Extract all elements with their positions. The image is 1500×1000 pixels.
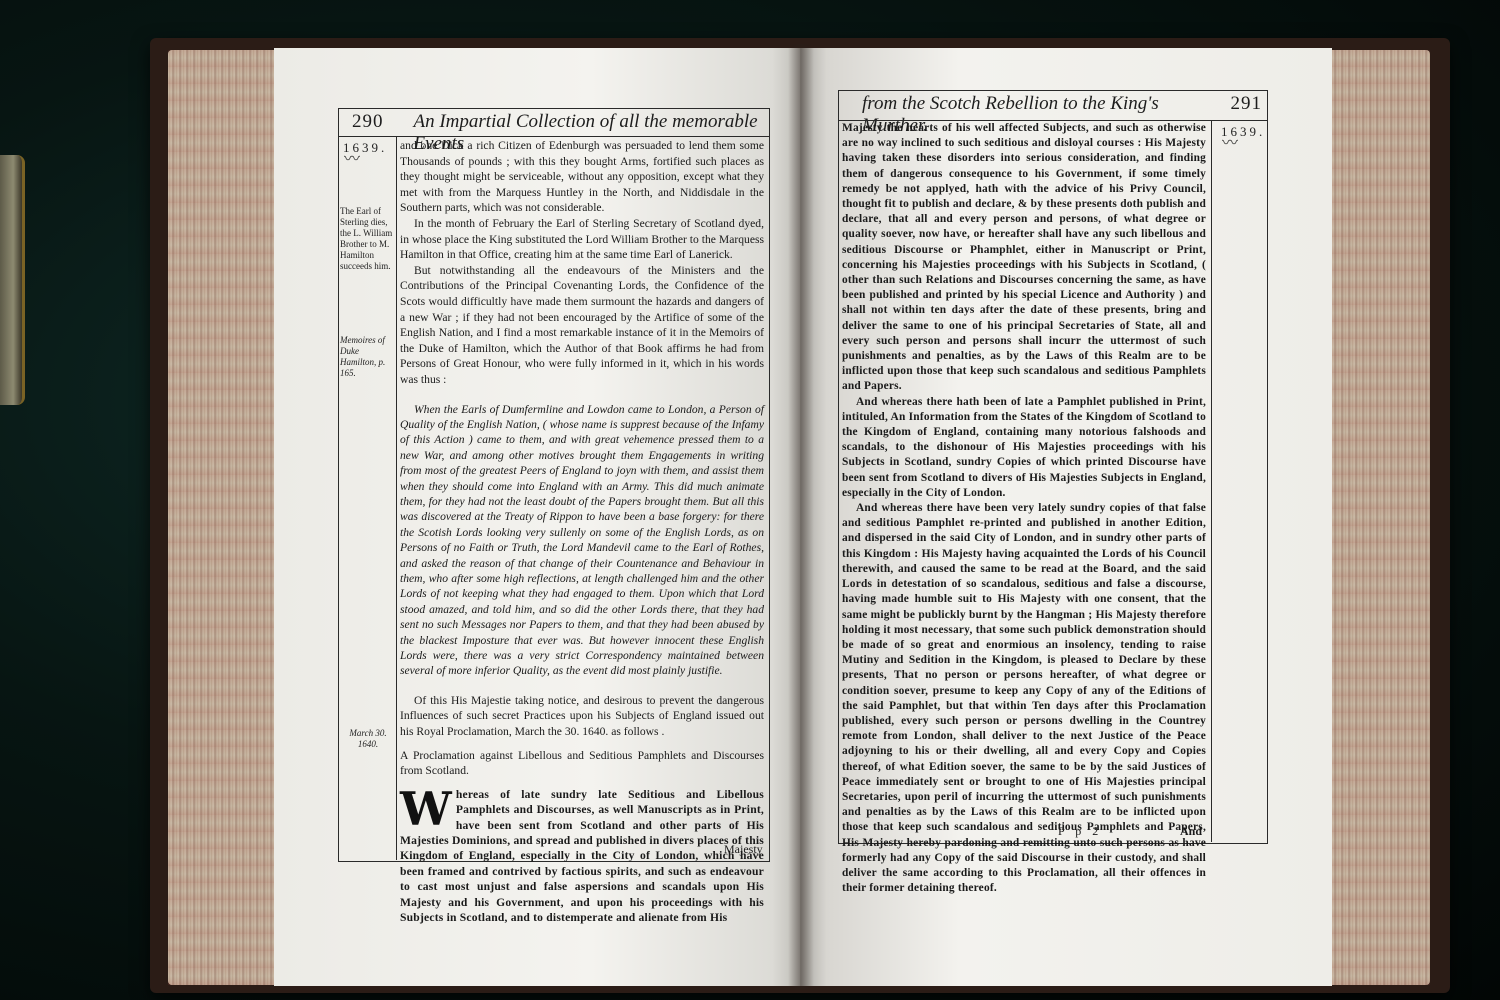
paragraph: But notwithstanding all the endeavours o… [400,263,764,388]
flourish-ornament: 〰 [344,156,360,164]
right-catchword: And [1180,824,1202,839]
left-page-body: and one Dick a rich Citizen of Edenburgh… [400,138,764,925]
drop-cap: W [400,789,452,829]
paragraph: In the month of February the Earl of Ste… [400,216,764,263]
adjacent-book-spine [0,155,25,405]
left-header-rule [338,136,770,137]
left-folio: 290 [352,111,384,133]
gutter-shadow [788,44,814,989]
paragraph: And whereas there hath been of late a Pa… [842,395,1206,501]
paragraph: Majesty the hearts of his well affected … [842,121,1206,395]
left-catchword: Majesty [724,842,763,857]
right-fore-edge [1330,50,1430,985]
margin-note-march: March 30. 1640. [346,728,390,750]
proclamation-heading: A Proclamation against Libellous and Sed… [400,748,764,779]
left-fore-edge [168,50,276,985]
left-margin-rule [396,136,397,860]
proclamation-text: Whereas of late sundry late Seditious an… [400,787,764,926]
quotation-block: When the Earls of Dumfermline and Lowdon… [400,402,764,679]
right-folio: 291 [1231,93,1263,115]
right-page-body: Majesty the hearts of his well affected … [842,121,1206,896]
right-margin-rule [1211,120,1212,842]
paragraph: and one Dick a rich Citizen of Edenburgh… [400,138,764,216]
paragraph: And whereas there have been very lately … [842,501,1206,896]
margin-note-sterling: The Earl of Sterling dies, the L. Willia… [340,206,394,272]
margin-note-memoires: Memoires of Duke Hamilton, p. 165. [340,335,394,379]
signature-mark: P p 2 [1058,824,1102,839]
paragraph: Of this His Majestie taking notice, and … [400,693,764,740]
flourish-ornament: 〰 [1222,140,1238,148]
